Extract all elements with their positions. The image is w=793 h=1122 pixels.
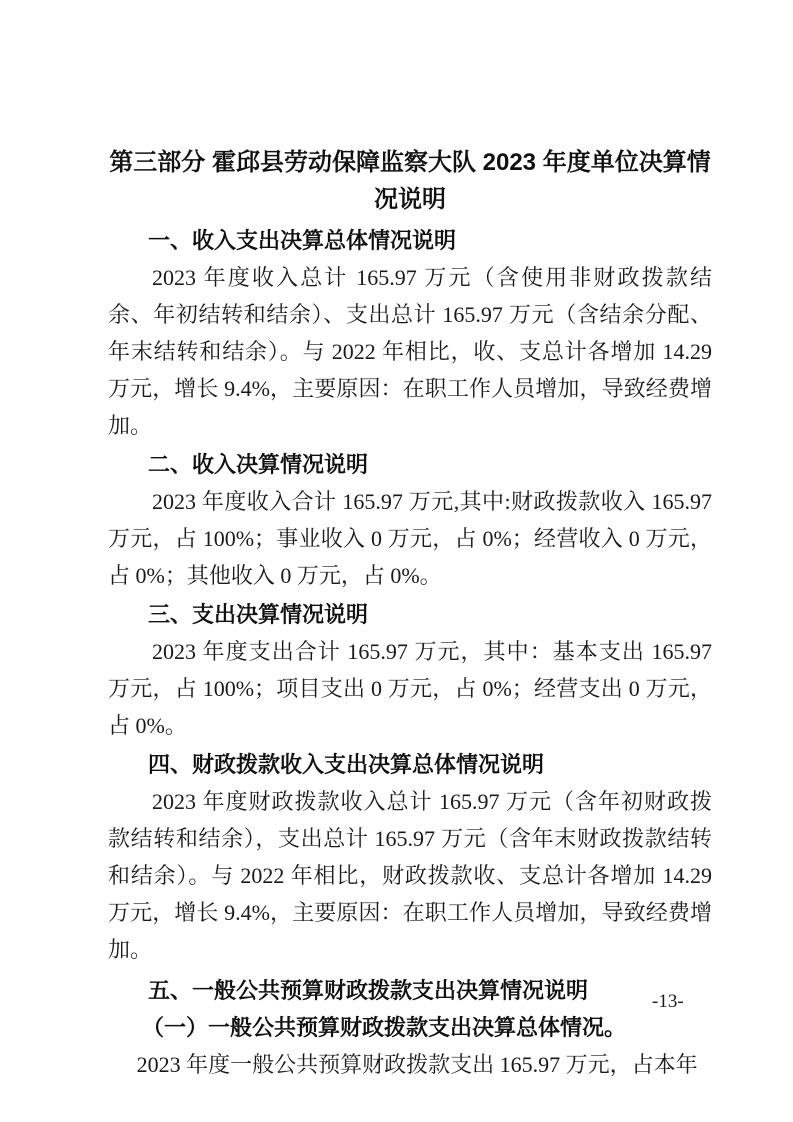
section-1-heading: 一、收入支出决算总体情况说明 bbox=[108, 222, 712, 259]
document-page: 第三部分 霍邱县劳动保障监察大队 2023 年度单位决算情况说明 一、收入支出决… bbox=[0, 0, 793, 1122]
document-content: 第三部分 霍邱县劳动保障监察大队 2023 年度单位决算情况说明 一、收入支出决… bbox=[108, 144, 712, 1083]
section-4-heading: 四、财政拨款收入支出决算总体情况说明 bbox=[108, 746, 712, 783]
section-2-paragraph: 2023 年度收入合计 165.97 万元,其中:财政拨款收入 165.97 万… bbox=[108, 483, 712, 594]
page-number: -13- bbox=[652, 991, 684, 1013]
section-4-paragraph: 2023 年度财政拨款收入总计 165.97 万元（含年初财政拨款结转和结余），… bbox=[108, 783, 712, 968]
section-2-heading: 二、收入决算情况说明 bbox=[108, 446, 712, 483]
document-title: 第三部分 霍邱县劳动保障监察大队 2023 年度单位决算情况说明 bbox=[108, 144, 712, 218]
section-1-paragraph: 2023 年度收入总计 165.97 万元（含使用非财政拨款结余、年初结转和结余… bbox=[108, 259, 712, 444]
section-5-heading: 五、一般公共预算财政拨款支出决算情况说明 bbox=[108, 972, 712, 1009]
section-5-paragraph: 2023 年度一般公共预算财政拨款支出 165.97 万元，占本年 bbox=[108, 1046, 712, 1083]
section-3-heading: 三、支出决算情况说明 bbox=[108, 596, 712, 633]
section-3-paragraph: 2023 年度支出合计 165.97 万元，其中：基本支出 165.97 万元，… bbox=[108, 633, 712, 744]
section-5-subheading: （一）一般公共预算财政拨款支出决算总体情况。 bbox=[108, 1009, 712, 1046]
